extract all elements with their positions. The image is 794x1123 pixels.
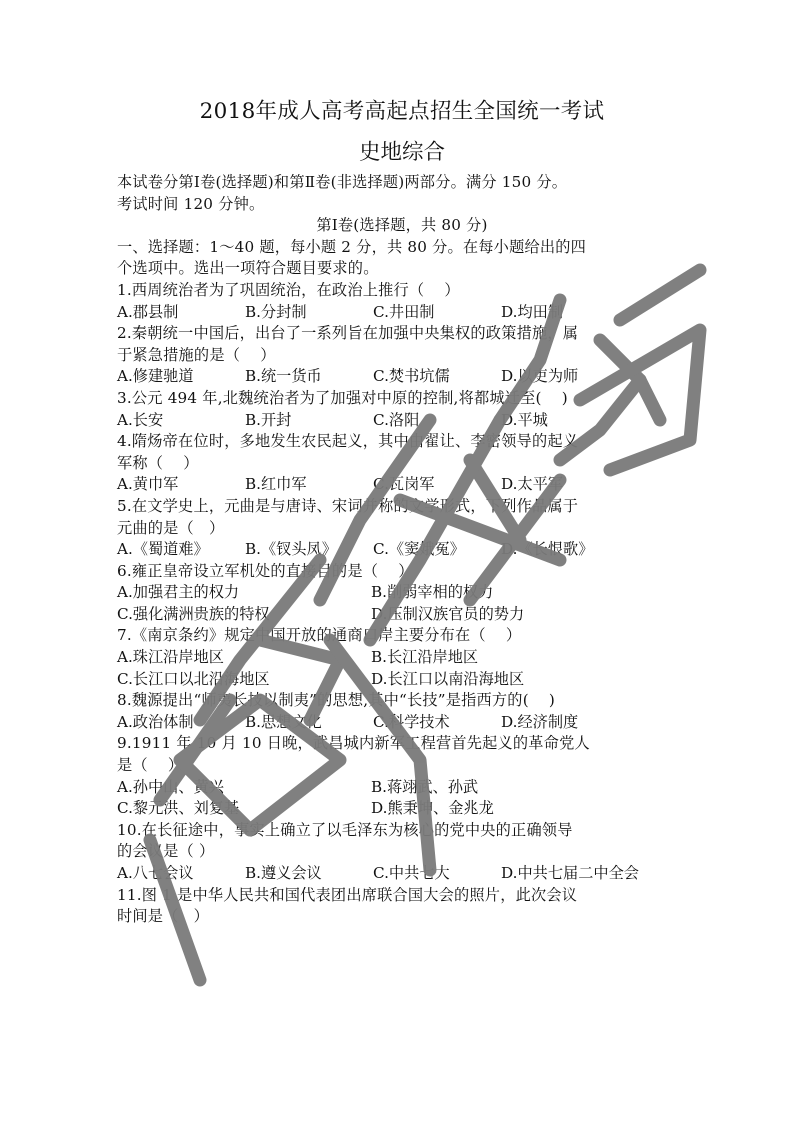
question-stem: 是（ ） (117, 755, 687, 777)
answer-option: C.瓦岗军 (373, 474, 501, 496)
intro-line-1: 本试卷分第Ⅰ卷(选择题)和第Ⅱ卷(非选择题)两部分。满分 150 分。 (117, 172, 687, 194)
answer-option: C.黎元洪、刘复基 (117, 798, 371, 820)
question-stem: 5.在文学史上，元曲是与唐诗、宋词并称的文学形式，下列作品属于 (117, 496, 687, 518)
question-stem: 时间是（ ） (117, 906, 687, 928)
answer-option: A.政治体制 (117, 712, 245, 734)
answer-option: A.孙中山、黄兴 (117, 777, 371, 799)
answer-option: A.八七会议 (117, 863, 245, 885)
question-stem: 元曲的是（ ） (117, 518, 687, 540)
answer-option: D.平城 (501, 410, 687, 432)
option-row: C.强化满洲贵族的特权D.压制汉族官员的势力 (117, 604, 687, 626)
answer-option: C.井田制 (373, 302, 501, 324)
answer-option: B.红巾军 (245, 474, 373, 496)
option-row: A.修建驰道B.统一货币C.焚书坑儒D.以吏为师 (117, 366, 687, 388)
exam-title: 2018年成人高考高起点招生全国统一考试 (117, 96, 687, 128)
intro-line-2: 考试时间 120 分钟。 (117, 194, 687, 216)
answer-option: A.珠江沿岸地区 (117, 647, 371, 669)
answer-option: C.科学技术 (373, 712, 501, 734)
question-5: 5.在文学史上，元曲是与唐诗、宋词并称的文学形式，下列作品属于元曲的是（ ）A.… (117, 496, 687, 561)
answer-option: A.修建驰道 (117, 366, 245, 388)
option-row: A.加强君主的权力B.削弱宰相的权力 (117, 582, 687, 604)
answer-option: C.中共七大 (373, 863, 501, 885)
question-2: 2.秦朝统一中国后，出台了一系列旨在加强中央集权的政策措施，属于紧急措施的是（ … (117, 323, 687, 388)
answer-option: D.压制汉族官员的势力 (371, 604, 625, 626)
question-stem: 7.《南京条约》规定中国开放的通商口岸主要分布在（ ） (117, 625, 687, 647)
answer-option: D.熊秉坤、金兆龙 (371, 798, 625, 820)
answer-option: B.削弱宰相的权力 (371, 582, 625, 604)
answer-option: B.蒋翊武、孙武 (371, 777, 625, 799)
question-stem: 6.雍正皇帝设立军机处的直接目的是（ ） (117, 561, 687, 583)
answer-option: D.以吏为师 (501, 366, 687, 388)
question-stem: 9.1911 年 10 月 10 日晚，武昌城内新军工程营首先起义的革命党人 (117, 733, 687, 755)
answer-option: D.均田制 (501, 302, 687, 324)
question-9: 9.1911 年 10 月 10 日晚，武昌城内新军工程营首先起义的革命党人是（… (117, 733, 687, 819)
answer-option: A.黄巾军 (117, 474, 245, 496)
answer-option: D.《长恨歌》 (501, 539, 687, 561)
exam-subtitle: 史地综合 (117, 138, 687, 168)
answer-option: B.长江沿岸地区 (371, 647, 625, 669)
section-title: 第Ⅰ卷(选择题，共 80 分) (117, 215, 687, 237)
answer-option: D.长江口以南沿海地区 (371, 669, 625, 691)
question-list: 1.西周统治者为了巩固统治，在政治上推行（ ）A.郡县制B.分封制C.井田制D.… (117, 280, 687, 928)
question-6: 6.雍正皇帝设立军机处的直接目的是（ ）A.加强君主的权力B.削弱宰相的权力C.… (117, 561, 687, 626)
answer-option: B.统一货币 (245, 366, 373, 388)
option-row: A.《蜀道难》B.《钗头凤》C.《窦娥冤》D.《长恨歌》 (117, 539, 687, 561)
question-11: 11.图 1 是中华人民共和国代表团出席联合国大会的照片，此次会议时间是（ ） (117, 885, 687, 928)
answer-option: D.太平军 (501, 474, 687, 496)
question-stem: 8.魏源提出“师夷长技以制夷”的思想,其中“长技”是指西方的( ) (117, 690, 687, 712)
question-8: 8.魏源提出“师夷长技以制夷”的思想,其中“长技”是指西方的( )A.政治体制B… (117, 690, 687, 733)
question-1: 1.西周统治者为了巩固统治，在政治上推行（ ）A.郡县制B.分封制C.井田制D.… (117, 280, 687, 323)
option-row: A.政治体制B.思想文化C.科学技术D.经济制度 (117, 712, 687, 734)
option-row: A.孙中山、黄兴B.蒋翊武、孙武 (117, 777, 687, 799)
option-row: C.黎元洪、刘复基D.熊秉坤、金兆龙 (117, 798, 687, 820)
exam-page: 2018年成人高考高起点招生全国统一考试 史地综合 本试卷分第Ⅰ卷(选择题)和第… (117, 96, 687, 928)
question-stem: 1.西周统治者为了巩固统治，在政治上推行（ ） (117, 280, 687, 302)
answer-option: D.中共七届二中全会 (501, 863, 687, 885)
option-row: A.长安B.开封C.洛阳D.平城 (117, 410, 687, 432)
section-instructions-2: 个选项中。选出一项符合题目要求的。 (117, 258, 687, 280)
question-stem: 11.图 1 是中华人民共和国代表团出席联合国大会的照片，此次会议 (117, 885, 687, 907)
answer-option: A.加强君主的权力 (117, 582, 371, 604)
answer-option: B.《钗头凤》 (245, 539, 373, 561)
question-10: 10.在长征途中，事实上确立了以毛泽东为核心的党中央的正确领导的会议是（ ）A.… (117, 820, 687, 885)
answer-option: A.长安 (117, 410, 245, 432)
answer-option: C.《窦娥冤》 (373, 539, 501, 561)
answer-option: C.长江口以北沿海地区 (117, 669, 371, 691)
option-row: A.珠江沿岸地区B.长江沿岸地区 (117, 647, 687, 669)
answer-option: B.思想文化 (245, 712, 373, 734)
question-stem: 10.在长征途中，事实上确立了以毛泽东为核心的党中央的正确领导 (117, 820, 687, 842)
answer-option: A.《蜀道难》 (117, 539, 245, 561)
answer-option: B.开封 (245, 410, 373, 432)
question-stem: 军称（ ） (117, 453, 687, 475)
question-stem: 2.秦朝统一中国后，出台了一系列旨在加强中央集权的政策措施，属 (117, 323, 687, 345)
question-stem: 3.公元 494 年,北魏统治者为了加强对中原的控制,将都城迁至( ) (117, 388, 687, 410)
option-row: A.八七会议B.遵义会议C.中共七大D.中共七届二中全会 (117, 863, 687, 885)
question-7: 7.《南京条约》规定中国开放的通商口岸主要分布在（ ）A.珠江沿岸地区B.长江沿… (117, 625, 687, 690)
answer-option: C.焚书坑儒 (373, 366, 501, 388)
question-4: 4.隋炀帝在位时，多地发生农民起义，其中由翟让、李密领导的起义军称（ ）A.黄巾… (117, 431, 687, 496)
answer-option: D.经济制度 (501, 712, 687, 734)
option-row: A.郡县制B.分封制C.井田制D.均田制 (117, 302, 687, 324)
answer-option: C.洛阳 (373, 410, 501, 432)
question-3: 3.公元 494 年,北魏统治者为了加强对中原的控制,将都城迁至( )A.长安B… (117, 388, 687, 431)
answer-option: C.强化满洲贵族的特权 (117, 604, 371, 626)
answer-option: A.郡县制 (117, 302, 245, 324)
option-row: C.长江口以北沿海地区D.长江口以南沿海地区 (117, 669, 687, 691)
section-instructions-1: 一、选择题：1～40 题，每小题 2 分，共 80 分。在每小题给出的四 (117, 237, 687, 259)
option-row: A.黄巾军B.红巾军C.瓦岗军D.太平军 (117, 474, 687, 496)
question-stem: 4.隋炀帝在位时，多地发生农民起义，其中由翟让、李密领导的起义 (117, 431, 687, 453)
answer-option: B.分封制 (245, 302, 373, 324)
question-stem: 于紧急措施的是（ ） (117, 345, 687, 367)
question-stem: 的会议是（ ） (117, 841, 687, 863)
answer-option: B.遵义会议 (245, 863, 373, 885)
